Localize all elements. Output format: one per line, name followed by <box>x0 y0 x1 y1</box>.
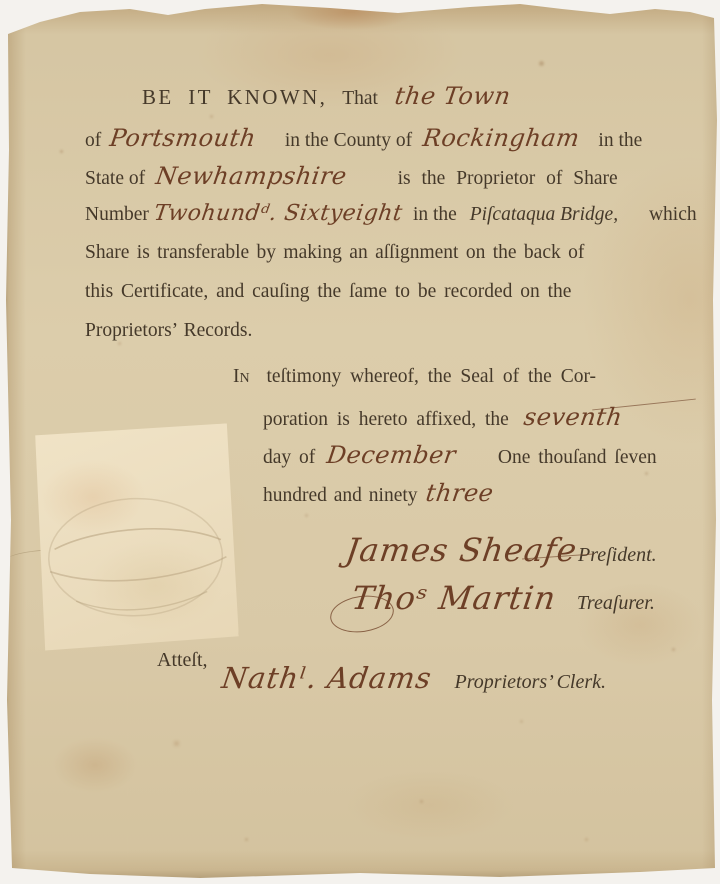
certificate-scan: BE IT KNOWN, That the Town of Portsmouth… <box>0 0 720 884</box>
printed-text: hundred and ninety <box>263 485 418 506</box>
body-line-1: BE IT KNOWN, That the Town <box>142 84 510 109</box>
signature-clerk: Nathˡ. Adams <box>220 664 434 693</box>
printed-text: Share is transferable by making an aſſig… <box>85 242 584 263</box>
printed-text: teſtimony whereof, the Seal of the Cor- <box>266 366 596 387</box>
foxing-specks <box>0 0 3 3</box>
printed-text: day of <box>263 447 315 468</box>
testimony-line-3: day of December One thouſand ſeven <box>263 443 657 468</box>
entry-town: Portsmouth <box>108 126 257 150</box>
printed-text: That <box>342 88 378 109</box>
signature-treasurer: Thoˢ Martin <box>350 582 559 614</box>
printed-title-clerk: Proprietors’ Clerk. <box>455 671 606 693</box>
body-line-4: Number Twohundᵈ. Sixtyeight in the Piſca… <box>85 203 697 225</box>
printed-text: is the Proprietor of Share <box>398 168 618 189</box>
printed-text: Number <box>85 204 149 225</box>
entry-month: December <box>325 443 457 467</box>
testimony-line-2: poration is hereto affixed, the seventh <box>263 405 622 430</box>
printed-text: poration is hereto affixed, the <box>263 409 509 430</box>
body-line-2: of Portsmouth in the County of Rockingha… <box>85 126 642 151</box>
seal-emboss-icon <box>31 423 239 651</box>
printed-text: State of <box>85 168 145 189</box>
printed-text: One thouſand ſeven <box>498 447 657 468</box>
attest-line: Atteſt, <box>157 650 208 670</box>
printed-text: this Certificate, and cauſing the ſame t… <box>85 281 571 302</box>
entry-owner: the Town <box>393 84 512 108</box>
printed-text: Atteſt, <box>157 649 208 671</box>
printed-text: of <box>85 130 101 151</box>
body-line-5: Share is transferable by making an aſſig… <box>85 243 584 263</box>
body-line-3: State of Newhampshire is the Proprietor … <box>85 164 618 189</box>
printed-text: In <box>233 366 250 387</box>
entry-year-suffix: three <box>425 481 496 505</box>
body-line-6: this Certificate, and cauſing the ſame t… <box>85 282 571 302</box>
printed-text: in the <box>598 130 642 151</box>
printed-text: in the <box>413 204 457 225</box>
testimony-line-4: hundred and ninety three <box>263 481 494 506</box>
testimony-line-1: In teſtimony whereof, the Seal of the Co… <box>233 367 596 387</box>
printed-text: in the County of <box>285 130 412 151</box>
printed-heading: BE IT KNOWN, <box>142 85 327 109</box>
clerk-signature-line: Nathˡ. Adams Proprietors’ Clerk. <box>222 664 606 693</box>
printed-bridge-name: Piſcataqua Bridge, <box>470 204 618 225</box>
wafer-seal <box>31 423 239 651</box>
signature-president: James Sheafe <box>344 534 580 566</box>
printed-title-president: Preſident. <box>578 544 657 566</box>
printed-title-treasurer: Treaſurer. <box>577 592 655 614</box>
treasurer-signature-line: Thoˢ Martin Treaſurer. <box>352 582 655 614</box>
printed-text: Proprietors’ Records. <box>85 320 252 341</box>
entry-share-number: Twohundᵈ. Sixtyeight <box>152 203 403 225</box>
entry-county: Rockingham <box>421 126 581 150</box>
president-signature-line: James Sheafe Preſident. <box>346 534 657 566</box>
entry-state: Newhampshire <box>154 164 348 188</box>
printed-text: which <box>649 204 697 225</box>
body-line-7: Proprietors’ Records. <box>85 321 252 341</box>
